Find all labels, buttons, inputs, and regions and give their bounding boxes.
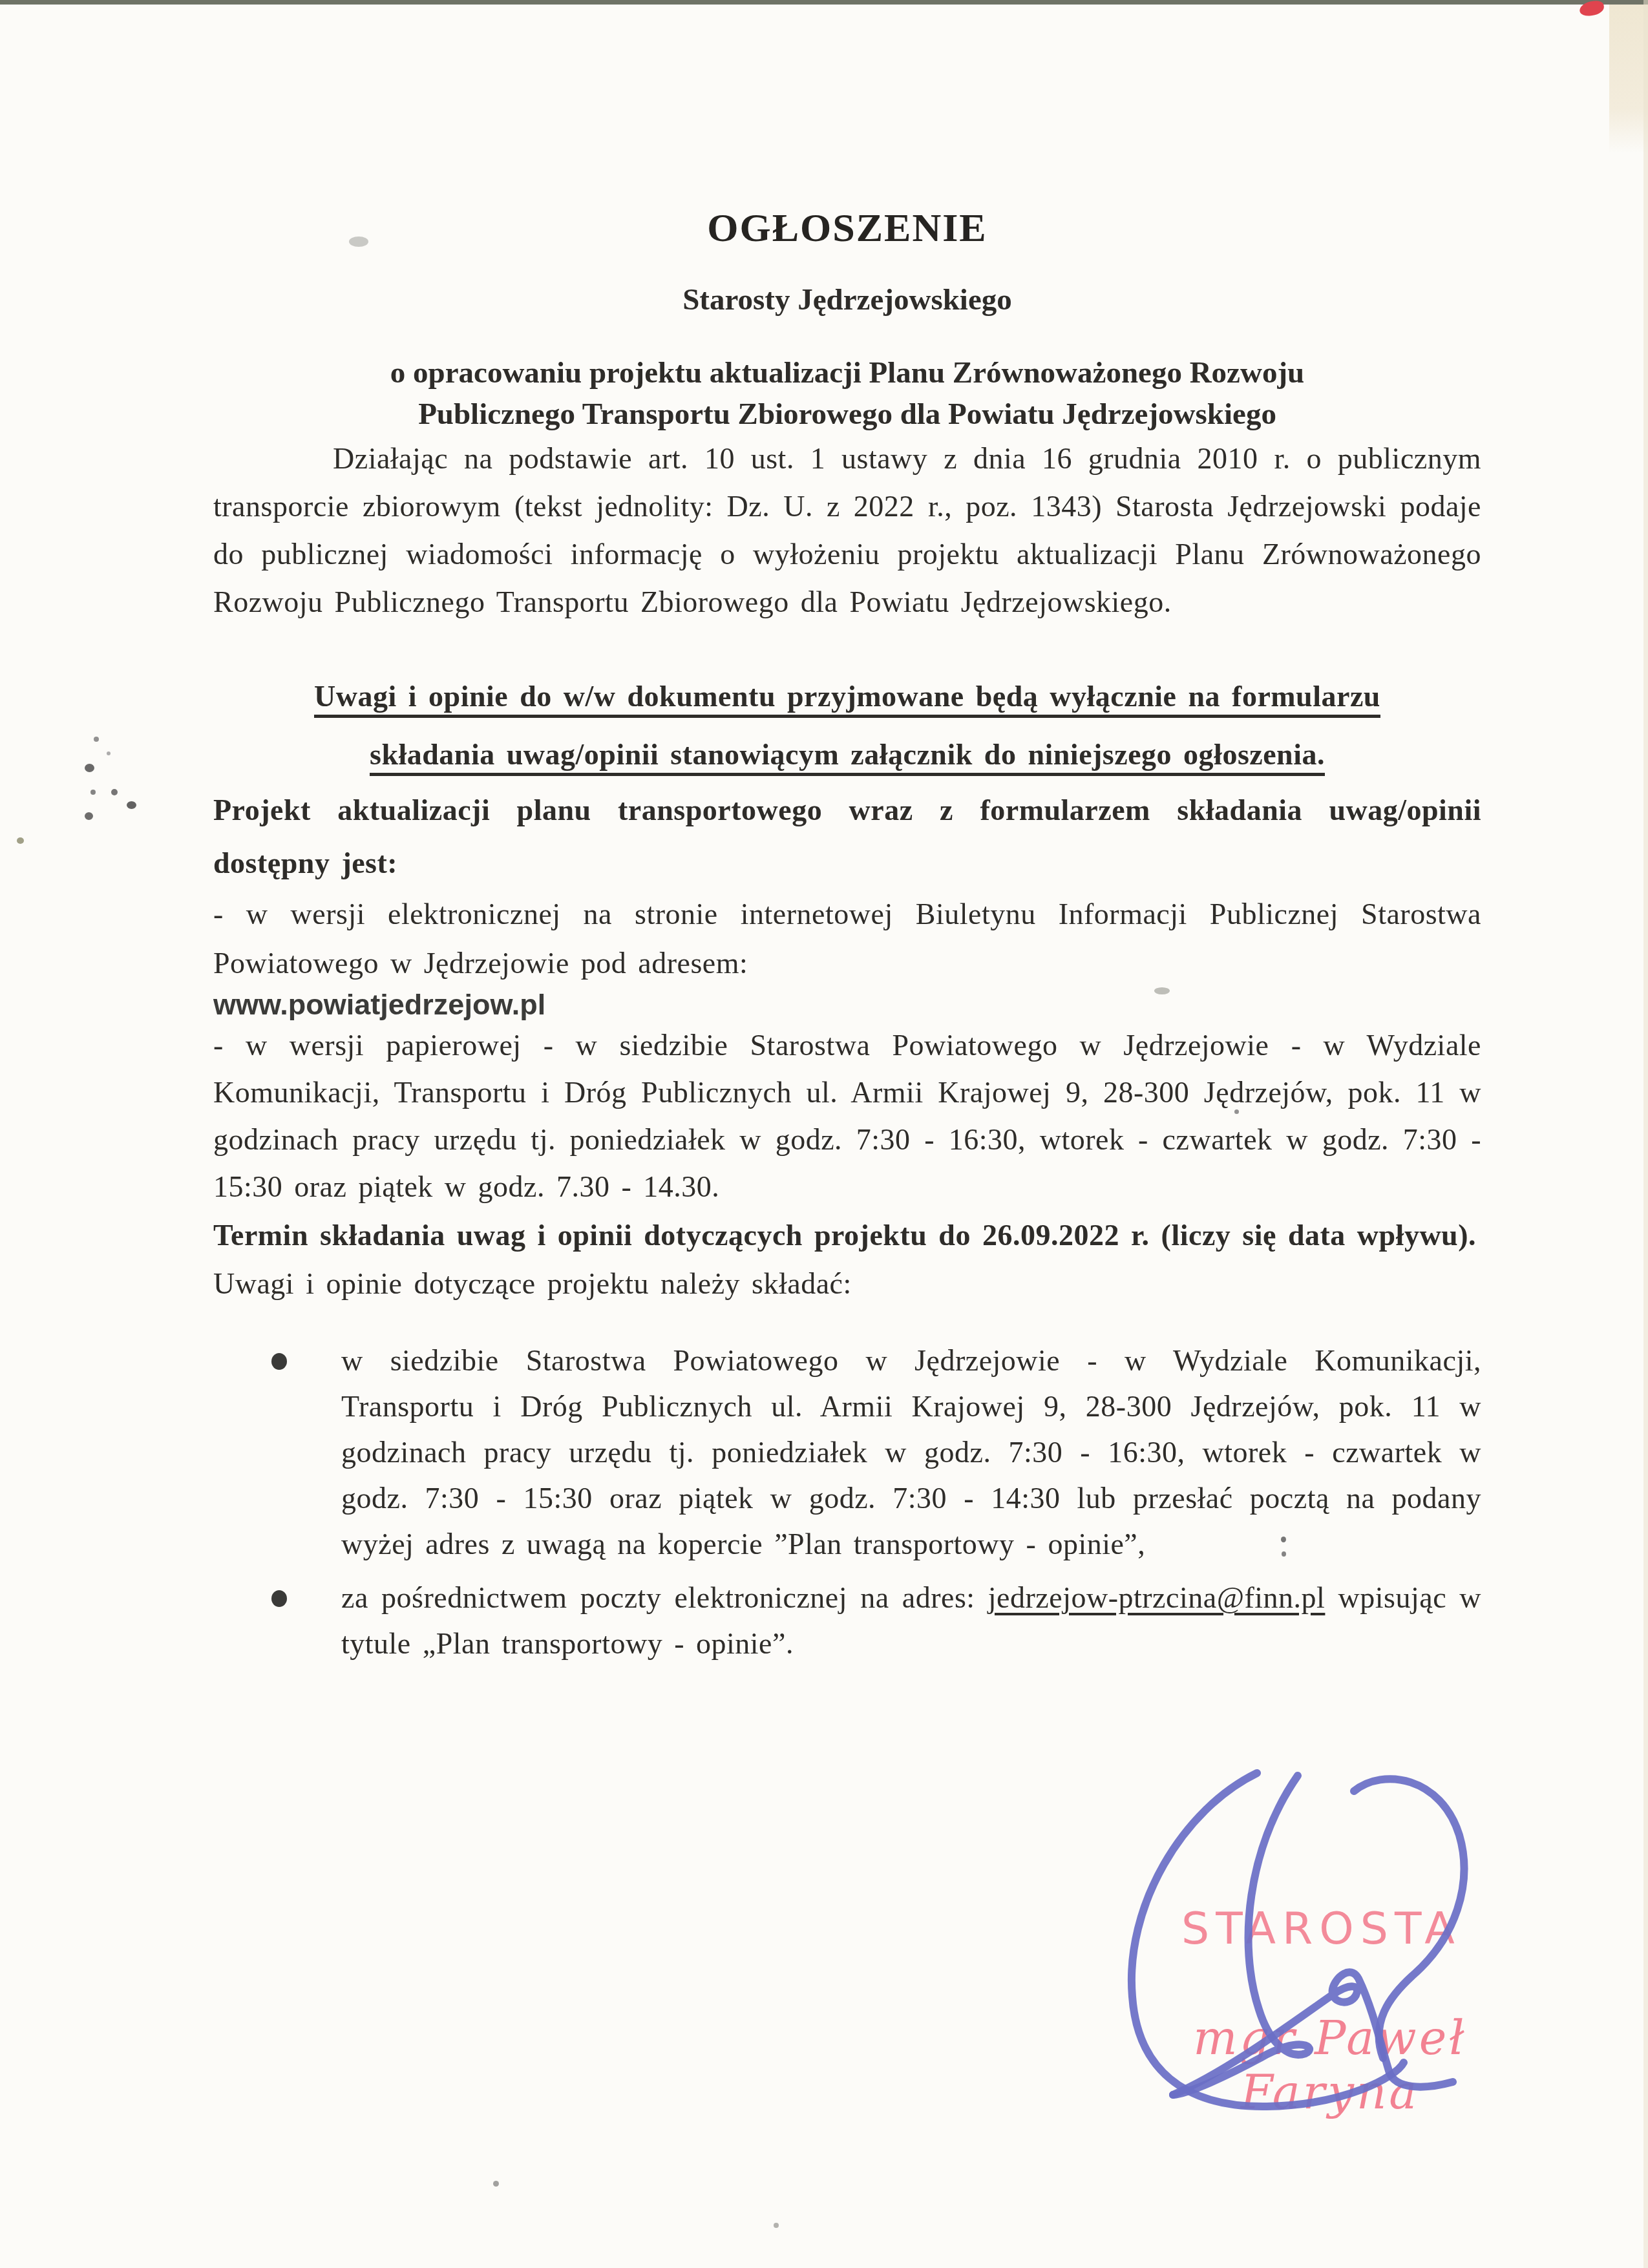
scan-speck [85,764,94,772]
notice-underlined-heading: Uwagi i opinie do w/w dokumentu przyjmow… [213,667,1481,784]
notice-line-2: składania uwag/opinii stanowiącym załącz… [213,726,1481,784]
submission-options-list: w siedzibie Starostwa Powiatowego w Jędr… [213,1338,1481,1666]
document-title: OGŁOSZENIE [213,205,1481,251]
announcement-content: OGŁOSZENIE Starosty Jędrzejowskiego o op… [213,0,1481,1666]
email-link[interactable]: jedrzejow-ptrzcina@finn.pl [988,1581,1326,1614]
submission-option-office: w siedzibie Starostwa Powiatowego w Jędr… [341,1338,1481,1567]
notice-line-1-text: Uwagi i opinie do w/w dokumentu przyjmow… [314,680,1380,718]
scan-speck [17,837,24,844]
notice-line-1: Uwagi i opinie do w/w dokumentu przyjmow… [213,667,1481,726]
paper-version-paragraph: - w wersji papierowej - w siedzibie Star… [213,1022,1481,1210]
notice-line-2-text: składania uwag/opinii stanowiącym załącz… [370,738,1325,776]
intro-paragraph: Działając na podstawie art. 10 ust. 1 us… [213,435,1481,626]
document-subject: o opracowaniu projektu aktualizacji Plan… [213,352,1481,435]
scan-speck [94,737,99,742]
bullet-text: w siedzibie Starostwa Powiatowego w Jędr… [341,1344,1481,1560]
scan-corner-strip [1609,5,1648,153]
submit-intro: Uwagi i opinie dotyczące projektu należy… [213,1260,1481,1308]
document-issuer: Starosty Jędrzejowskiego [213,282,1481,317]
electronic-version-paragraph: - w wersji elektronicznej na stronie int… [213,890,1481,988]
website-url: www.powiatjedrzejow.pl [213,988,1481,1022]
scan-speck [90,790,96,795]
scan-right-edge-strip [1643,0,1648,2268]
availability-heading: Projekt aktualizacji planu transportoweg… [213,784,1481,890]
scan-speck [127,801,136,809]
subject-line-2: Publicznego Transportu Zbiorowego dla Po… [213,394,1481,435]
scan-speck [493,2181,499,2187]
signature-scribble [1095,1754,1522,2129]
scan-speck [107,751,111,755]
deadline-paragraph: Termin składania uwag i opinii dotyczący… [213,1210,1481,1260]
bullet-text-before: za pośrednictwem poczty elektronicznej n… [341,1581,988,1614]
subject-line-1: o opracowaniu projektu aktualizacji Plan… [213,352,1481,394]
scan-speck [111,789,118,795]
submission-option-email: za pośrednictwem poczty elektronicznej n… [341,1575,1481,1666]
scan-speck [774,2223,779,2228]
scan-speck [85,812,93,820]
scanned-announcement-page: OGŁOSZENIE Starosty Jędrzejowskiego o op… [0,0,1648,2268]
